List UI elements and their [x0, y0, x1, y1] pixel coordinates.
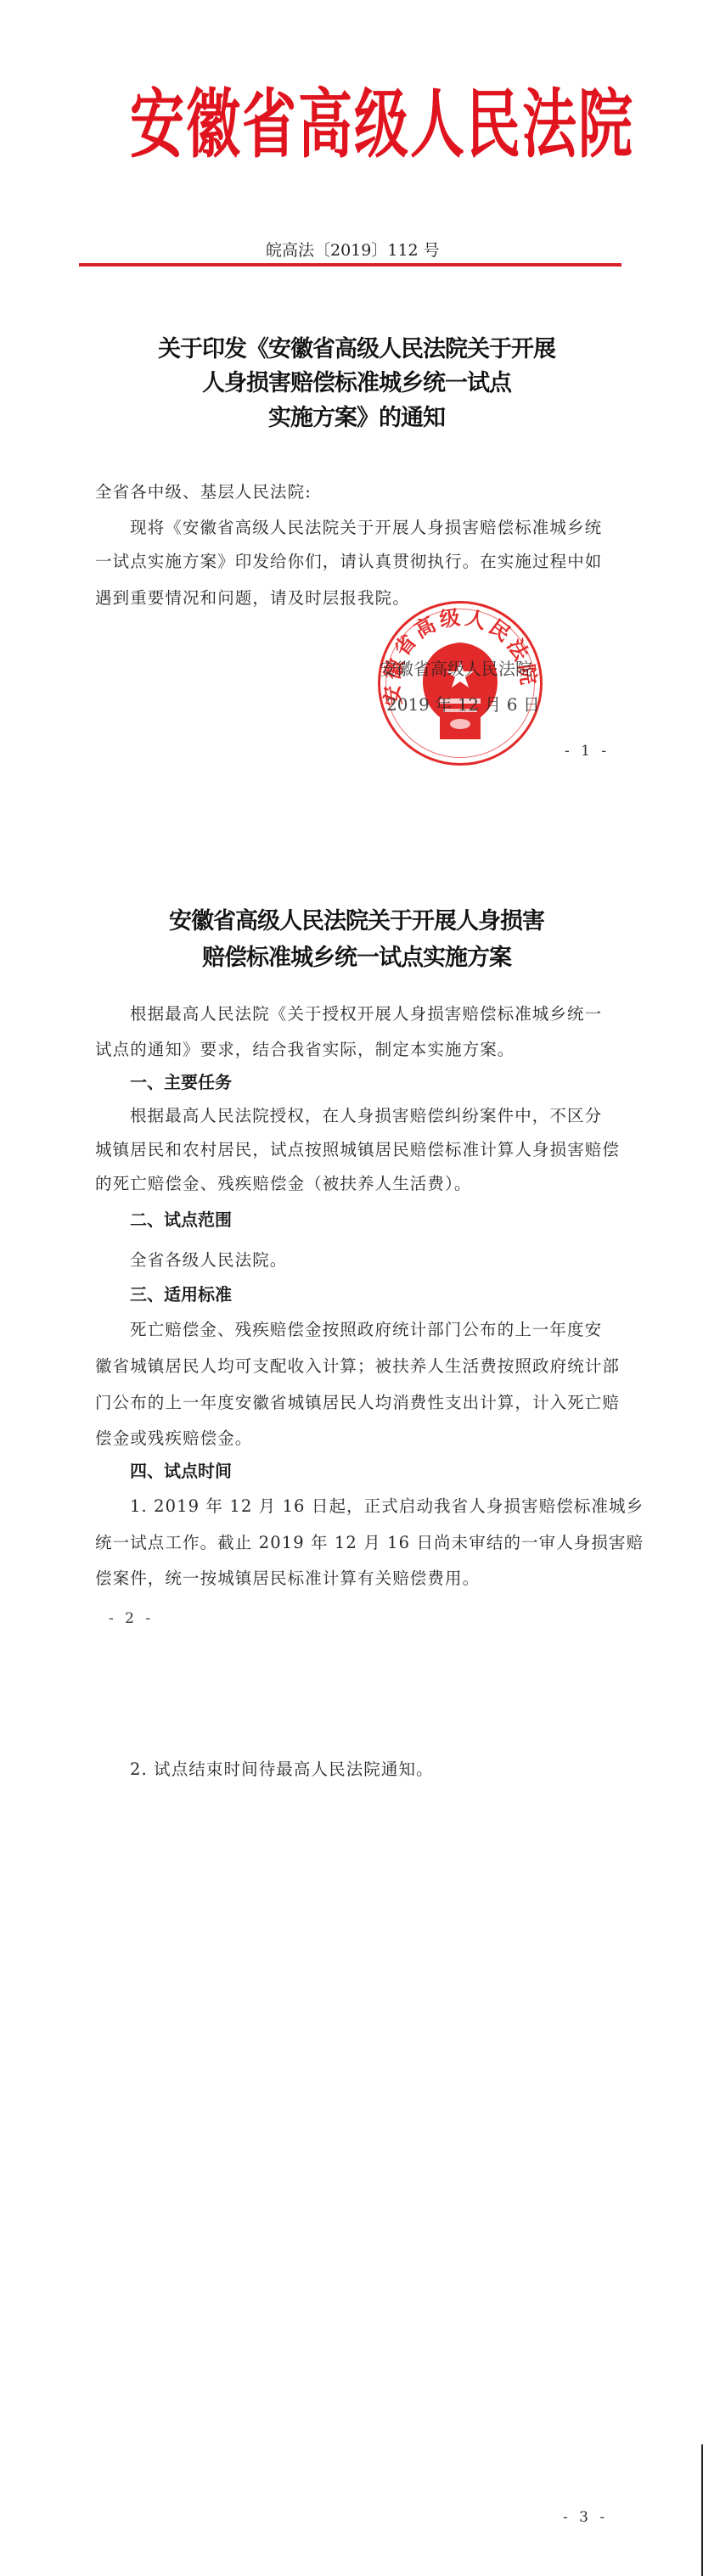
section-line: 偿金或残疾赔偿金。 — [95, 1428, 252, 1449]
notice-heading-line-3: 实施方案》的通知 — [136, 405, 577, 432]
notice-heading-line-1: 关于印发《安徽省高级人民法院关于开展 — [136, 336, 577, 363]
red-divider — [79, 263, 621, 267]
salutation: 全省各中级、基层人民法院: — [95, 482, 312, 502]
section-title-3: 三、适用标准 — [130, 1284, 232, 1305]
section-title-1: 一、主要任务 — [130, 1072, 232, 1092]
issuer-title: 安徽省高级人民法院 — [130, 70, 576, 182]
section-line: 死亡赔偿金、残疾赔偿金按照政府统计部门公布的上一年度安 — [130, 1320, 602, 1340]
section-line: 城镇居民和农村居民，试点按照城镇居民赔偿标准计算人身损害赔偿 — [95, 1140, 620, 1160]
section-line: 徽省城镇居民人均可支配收入计算；被扶养人生活费按照政府统计部 — [95, 1356, 620, 1377]
body-line: 一试点实施方案》印发给你们，请认真贯彻执行。在实施过程中如 — [95, 552, 602, 572]
document-number: 皖高法〔2019〕112 号 — [266, 241, 436, 260]
section-line: 门公布的上一年度安徽省城镇居民人均消费性支出计算，计入死亡赔 — [95, 1393, 620, 1413]
intro-line: 试点的通知》要求，结合我省实际，制定本实施方案。 — [95, 1040, 515, 1060]
section-line: 统一试点工作。截止 2019 年 12 月 16 日尚未审结的一审人身损害赔 — [95, 1533, 644, 1553]
section-line: 全省各级人民法院。 — [130, 1250, 287, 1271]
section-title-4: 四、试点时间 — [130, 1461, 232, 1481]
section-line: 根据最高人民法院授权，在人身损害赔偿纠纷案件中，不区分 — [130, 1106, 602, 1126]
section-title-2: 二、试点范围 — [130, 1209, 232, 1230]
page-number-1: - 1 - — [565, 743, 610, 760]
notice-heading-line-2: 人身损害赔偿标准城乡统一试点 — [136, 370, 577, 397]
official-seal: 安徽省高级人民法院 — [378, 601, 543, 766]
plan-heading-line-2: 赔偿标准城乡统一试点实施方案 — [127, 945, 586, 972]
plan-heading-line-1: 安徽省高级人民法院关于开展人身损害 — [127, 908, 586, 935]
end-time-line: 2. 试点结束时间待最高人民法院通知。 — [130, 1759, 434, 1780]
body-line: 遇到重要情况和问题，请及时层报我院。 — [95, 588, 410, 609]
page-number-3: - 3 - — [563, 2509, 608, 2526]
intro-line: 根据最高人民法院《关于授权开展人身损害赔偿标准城乡统一 — [130, 1004, 602, 1024]
page-number-2: - 2 - — [109, 1610, 154, 1627]
signature-org: 安徽省高级人民法院 — [378, 659, 534, 679]
signature-date: 2019 年 12 月 6 日 — [386, 694, 531, 715]
section-line: 1. 2019 年 12 月 16 日起，正式启动我省人身损害赔偿标准城乡 — [130, 1496, 644, 1517]
section-line: 偿案件，统一按城镇居民标准计算有关赔偿费用。 — [95, 1569, 480, 1589]
section-line: 的死亡赔偿金、残疾赔偿金（被扶养人生活费）。 — [95, 1174, 471, 1194]
body-line: 现将《安徽省高级人民法院关于开展人身损害赔偿标准城乡统 — [130, 518, 602, 538]
